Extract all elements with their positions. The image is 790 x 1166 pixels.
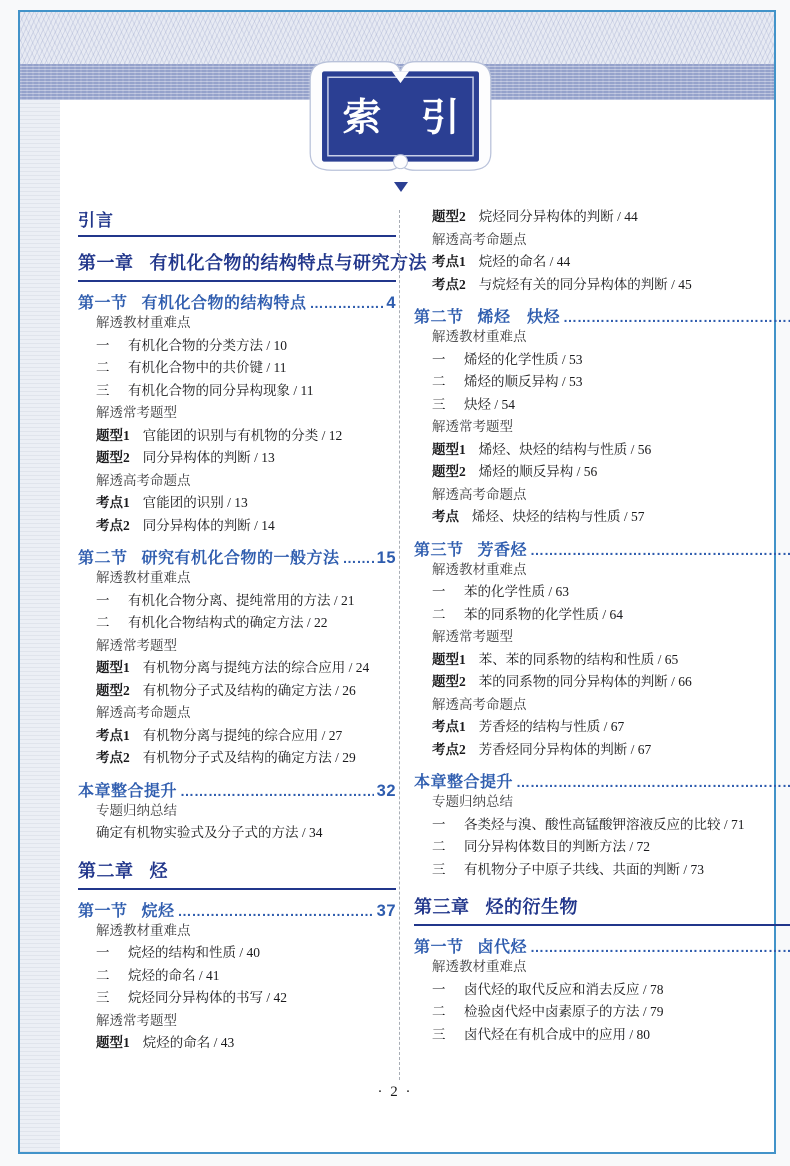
item-number: 三 <box>96 987 128 1010</box>
toc-column-right: 题型2烷烃同分异构体的判断 / 44解透高考命题点考点1烷烃的命名 / 44考点… <box>414 206 790 1055</box>
feature-heading: 本章整合提升…………………………………………………………………………………………… <box>78 778 396 798</box>
block-label: 解透教材重难点 <box>414 956 790 979</box>
item-tag: 考点2 <box>432 274 466 297</box>
section-heading: 第一节烷烃……………………………………………………………………………………………… <box>78 898 396 918</box>
chapter-heading: 第三章烃的衍生物 <box>414 893 790 926</box>
item-text: 烯烃、炔烃的结构与性质 / 57 <box>472 506 645 529</box>
item-number: 三 <box>96 380 128 403</box>
item-tag: 考点1 <box>96 725 130 748</box>
dot-leaders: ………………………………………………………………………………………………………… <box>343 550 374 566</box>
toc-item: 三卤代烃在有机合成中的应用 / 80 <box>414 1024 790 1047</box>
block-label: 解透高考命题点 <box>414 484 790 507</box>
section-heading: 第二节研究有机化合物的一般方法…………………………………………………………………… <box>78 545 396 565</box>
toc-item: 题型1有机物分离与提纯方法的综合应用 / 24 <box>78 657 396 680</box>
section-title: 卤代烃 <box>478 934 528 957</box>
dot-leaders: ………………………………………………………………………………………………………… <box>563 309 790 325</box>
toc-item: 考点2同分异构体的判断 / 14 <box>78 515 396 538</box>
intro-title: 引言 <box>78 211 114 230</box>
item-text: 有机物分离与提纯的综合应用 / 27 <box>143 725 343 748</box>
block-label: 专题归纳总结 <box>414 791 790 814</box>
item-text: 烷烃同分异构体的判断 / 44 <box>479 206 638 229</box>
index-title-char-left: 索 <box>342 96 381 139</box>
toc-item: 三有机化合物的同分异构现象 / 11 <box>78 380 396 403</box>
item-text: 同分异构体的判断 / 14 <box>143 515 275 538</box>
item-text: 烷烃的命名 / 44 <box>479 251 571 274</box>
block-label: 解透教材重难点 <box>78 920 396 943</box>
intro-heading: 引言 <box>78 206 396 237</box>
dot-leaders: ………………………………………………………………………………………………………… <box>530 542 790 558</box>
toc-item: 确定有机物实验式及分子式的方法 / 34 <box>78 822 396 845</box>
toc-item: 考点1芳香烃的结构与性质 / 67 <box>414 716 790 739</box>
item-text: 卤代烃在有机合成中的应用 / 80 <box>464 1024 650 1047</box>
section-page-number: 15 <box>377 549 396 568</box>
item-text: 有机物分子中原子共线、共面的判断 / 73 <box>464 859 704 882</box>
item-text: 苯的化学性质 / 63 <box>464 581 569 604</box>
section-heading: 第一节有机化合物的结构特点………………………………………………………………………… <box>78 290 396 310</box>
section-heading: 第一节卤代烃…………………………………………………………………………………………… <box>414 934 790 954</box>
block-label: 解透教材重难点 <box>414 326 790 349</box>
section-page-number: 4 <box>386 294 396 313</box>
item-text: 同分异构体数目的判断方法 / 72 <box>464 836 650 859</box>
toc-item: 二苯的同系物的化学性质 / 64 <box>414 604 790 627</box>
toc-item: 三烷烃同分异构体的书写 / 42 <box>78 987 396 1010</box>
item-number: 一 <box>96 590 128 613</box>
section-heading: 第三节芳香烃…………………………………………………………………………………………… <box>414 537 790 557</box>
block-label: 解透教材重难点 <box>414 559 790 582</box>
item-tag: 题型2 <box>96 680 130 703</box>
section-title: 研究有机化合物的一般方法 <box>142 545 340 568</box>
item-text: 各类烃与溴、酸性高锰酸钾溶液反应的比较 / 71 <box>464 814 745 837</box>
toc-item: 题型1官能团的识别与有机物的分类 / 12 <box>78 425 396 448</box>
item-number: 二 <box>96 357 128 380</box>
toc-item: 题型2苯的同系物的同分异构体的判断 / 66 <box>414 671 790 694</box>
chapter-heading: 第二章烃 <box>78 857 396 890</box>
item-number: 一 <box>96 335 128 358</box>
chapter-title: 有机化合物的结构特点与研究方法 <box>150 249 428 275</box>
block-label: 解透高考命题点 <box>78 470 396 493</box>
item-tag: 考点2 <box>96 515 130 538</box>
block-label: 解透常考题型 <box>414 626 790 649</box>
left-decorative-strip <box>20 100 60 1152</box>
section-label: 第二节 <box>414 304 464 327</box>
toc-item: 三有机物分子中原子共线、共面的判断 / 73 <box>414 859 790 882</box>
toc-item: 考点1官能团的识别 / 13 <box>78 492 396 515</box>
item-text: 卤代烃的取代反应和消去反应 / 78 <box>464 979 664 1002</box>
item-text: 炔烃 / 54 <box>464 394 515 417</box>
toc-item: 题型2有机物分子式及结构的确定方法 / 26 <box>78 680 396 703</box>
item-text: 烷烃的结构和性质 / 40 <box>128 942 260 965</box>
item-text: 烯烃、炔烃的结构与性质 / 56 <box>479 439 652 462</box>
item-number: 一 <box>432 349 464 372</box>
item-tag: 考点2 <box>96 747 130 770</box>
item-tag: 题型1 <box>432 439 466 462</box>
item-text: 检验卤代烃中卤素原子的方法 / 79 <box>464 1001 664 1024</box>
item-number: 三 <box>432 859 464 882</box>
item-number: 二 <box>96 612 128 635</box>
item-text: 官能团的识别与有机物的分类 / 12 <box>143 425 343 448</box>
toc-item: 三炔烃 / 54 <box>414 394 790 417</box>
toc-item: 二有机化合物结构式的确定方法 / 22 <box>78 612 396 635</box>
toc-item: 题型2烯烃的顺反异构 / 56 <box>414 461 790 484</box>
toc-item: 一卤代烃的取代反应和消去反应 / 78 <box>414 979 790 1002</box>
dot-leaders: ………………………………………………………………………………………………………… <box>530 939 790 955</box>
section-title: 本章整合提升 <box>78 778 177 801</box>
section-heading: 第二节烯烃 炔烃……………………………………………………………………………………… <box>414 304 790 324</box>
item-number: 二 <box>96 965 128 988</box>
toc-item: 一烷烃的结构和性质 / 40 <box>78 942 396 965</box>
item-tag: 题型1 <box>96 657 130 680</box>
section-label: 第一节 <box>414 934 464 957</box>
block-label: 解透高考命题点 <box>414 694 790 717</box>
item-tag: 考点 <box>432 506 459 529</box>
chapter-title: 烃 <box>150 857 169 883</box>
item-tag: 考点1 <box>432 716 466 739</box>
item-number: 二 <box>432 1001 464 1024</box>
section-title: 烷烃 <box>142 898 175 921</box>
item-text: 有机物分子式及结构的确定方法 / 29 <box>143 747 356 770</box>
toc-item: 考点2与烷烃有关的同分异构体的判断 / 45 <box>414 274 790 297</box>
item-text: 烷烃的命名 / 43 <box>143 1032 235 1055</box>
feature-heading: 本章整合提升…………………………………………………………………………………………… <box>414 769 790 789</box>
item-number: 一 <box>432 814 464 837</box>
item-text: 官能团的识别 / 13 <box>143 492 248 515</box>
section-label: 第二节 <box>78 545 128 568</box>
item-text: 有机化合物中的共价键 / 11 <box>128 357 287 380</box>
block-label: 解透教材重难点 <box>78 312 396 335</box>
toc-item: 题型1烯烃、炔烃的结构与性质 / 56 <box>414 439 790 462</box>
item-number: 二 <box>432 604 464 627</box>
item-text: 烯烃的顺反异构 / 56 <box>479 461 598 484</box>
chapter-label: 第二章 <box>78 857 134 883</box>
toc-item: 考点1有机物分离与提纯的综合应用 / 27 <box>78 725 396 748</box>
index-title-char-right: 引 <box>421 96 460 139</box>
section-page-number: 37 <box>377 902 396 921</box>
item-text: 有机化合物的同分异构现象 / 11 <box>128 380 314 403</box>
dot-leaders: ………………………………………………………………………………………………………… <box>516 774 790 790</box>
item-text: 有机化合物结构式的确定方法 / 22 <box>128 612 328 635</box>
block-label: 专题归纳总结 <box>78 800 396 823</box>
item-text: 苯的同系物的同分异构体的判断 / 66 <box>479 671 692 694</box>
item-number: 二 <box>432 371 464 394</box>
item-text: 确定有机物实验式及分子式的方法 / 34 <box>96 822 323 845</box>
item-text: 有机化合物分离、提纯常用的方法 / 21 <box>128 590 355 613</box>
item-tag: 题型2 <box>96 447 130 470</box>
item-tag: 题型1 <box>432 649 466 672</box>
dot-leaders: ………………………………………………………………………………………………………… <box>310 295 384 311</box>
index-book-graphic: 索 引 <box>293 52 508 181</box>
item-number: 三 <box>432 394 464 417</box>
toc-item: 二同分异构体数目的判断方法 / 72 <box>414 836 790 859</box>
toc-item: 考点2芳香烃同分异构体的判断 / 67 <box>414 739 790 762</box>
item-text: 有机化合物的分类方法 / 10 <box>128 335 287 358</box>
item-number: 三 <box>432 1024 464 1047</box>
item-number: 一 <box>432 979 464 1002</box>
toc-item: 考点2有机物分子式及结构的确定方法 / 29 <box>78 747 396 770</box>
down-triangle-icon <box>394 182 408 192</box>
block-label: 解透常考题型 <box>414 416 790 439</box>
item-tag: 考点1 <box>96 492 130 515</box>
item-number: 一 <box>432 581 464 604</box>
item-text: 有机物分子式及结构的确定方法 / 26 <box>143 680 356 703</box>
item-text: 芳香烃的结构与性质 / 67 <box>479 716 625 739</box>
section-label: 第三节 <box>414 537 464 560</box>
page-number: · 2 · <box>0 1084 790 1101</box>
toc-item: 二有机化合物中的共价键 / 11 <box>78 357 396 380</box>
toc-item: 二检验卤代烃中卤素原子的方法 / 79 <box>414 1001 790 1024</box>
item-tag: 题型1 <box>96 1032 130 1055</box>
chapter-label: 第三章 <box>414 893 470 919</box>
item-text: 同分异构体的判断 / 13 <box>143 447 275 470</box>
toc-item: 二烷烃的命名 / 41 <box>78 965 396 988</box>
item-number: 一 <box>96 942 128 965</box>
item-text: 烷烃同分异构体的书写 / 42 <box>128 987 287 1010</box>
item-tag: 题型2 <box>432 461 466 484</box>
dot-leaders: ………………………………………………………………………………………………………… <box>180 783 374 799</box>
block-label: 解透常考题型 <box>78 402 396 425</box>
section-title: 芳香烃 <box>478 537 528 560</box>
toc-columns: 引言第一章有机化合物的结构特点与研究方法第一节有机化合物的结构特点…………………… <box>78 206 736 1055</box>
toc-item: 题型1苯、苯的同系物的结构和性质 / 65 <box>414 649 790 672</box>
toc-column-left: 引言第一章有机化合物的结构特点与研究方法第一节有机化合物的结构特点…………………… <box>78 206 396 1055</box>
item-text: 苯、苯的同系物的结构和性质 / 65 <box>479 649 679 672</box>
chapter-title: 烃的衍生物 <box>486 893 579 919</box>
toc-item: 题型1烷烃的命名 / 43 <box>78 1032 396 1055</box>
toc-item: 一各类烃与溴、酸性高锰酸钾溶液反应的比较 / 71 <box>414 814 790 837</box>
item-text: 有机物分离与提纯方法的综合应用 / 24 <box>143 657 370 680</box>
block-label: 解透高考命题点 <box>414 229 790 252</box>
item-tag: 题型2 <box>432 671 466 694</box>
toc-item: 题型2同分异构体的判断 / 13 <box>78 447 396 470</box>
item-tag: 题型1 <box>96 425 130 448</box>
section-title: 烯烃 炔烃 <box>478 304 561 327</box>
section-label: 第一节 <box>78 290 128 313</box>
chapter-heading: 第一章有机化合物的结构特点与研究方法 <box>78 249 396 282</box>
toc-item: 一有机化合物分离、提纯常用的方法 / 21 <box>78 590 396 613</box>
item-text: 烯烃的化学性质 / 53 <box>464 349 583 372</box>
block-label: 解透高考命题点 <box>78 702 396 725</box>
toc-item: 题型2烷烃同分异构体的判断 / 44 <box>414 206 790 229</box>
section-label: 第一节 <box>78 898 128 921</box>
dot-leaders: ………………………………………………………………………………………………………… <box>178 903 374 919</box>
section-title: 本章整合提升 <box>414 769 513 792</box>
chapter-label: 第一章 <box>78 249 134 275</box>
block-label: 解透常考题型 <box>78 635 396 658</box>
toc-item: 二烯烃的顺反异构 / 53 <box>414 371 790 394</box>
item-text: 与烷烃有关的同分异构体的判断 / 45 <box>479 274 692 297</box>
item-number: 二 <box>432 836 464 859</box>
section-title: 有机化合物的结构特点 <box>142 290 307 313</box>
toc-item: 一苯的化学性质 / 63 <box>414 581 790 604</box>
book-bottom-notch <box>394 155 408 169</box>
item-text: 烷烃的命名 / 41 <box>128 965 220 988</box>
item-text: 芳香烃同分异构体的判断 / 67 <box>479 739 652 762</box>
item-tag: 考点2 <box>432 739 466 762</box>
section-page-number: 32 <box>377 782 396 801</box>
item-text: 苯的同系物的化学性质 / 64 <box>464 604 623 627</box>
item-tag: 考点1 <box>432 251 466 274</box>
toc-item: 一烯烃的化学性质 / 53 <box>414 349 790 372</box>
toc-item: 考点烯烃、炔烃的结构与性质 / 57 <box>414 506 790 529</box>
item-text: 烯烃的顺反异构 / 53 <box>464 371 583 394</box>
item-tag: 题型2 <box>432 206 466 229</box>
toc-item: 考点1烷烃的命名 / 44 <box>414 251 790 274</box>
block-label: 解透教材重难点 <box>78 567 396 590</box>
toc-item: 一有机化合物的分类方法 / 10 <box>78 335 396 358</box>
block-label: 解透常考题型 <box>78 1010 396 1033</box>
column-divider <box>399 210 400 1080</box>
